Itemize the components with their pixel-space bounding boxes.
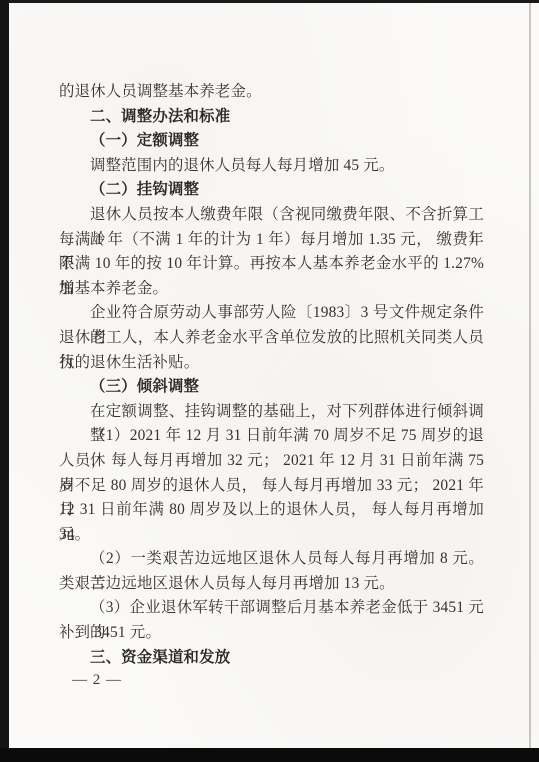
- heading-line: 二、调整办法和标准: [59, 105, 484, 130]
- text-line: 加基本养老金。: [59, 277, 484, 302]
- text-line: 类艰苦边远地区退休人员每人每月再增加 13 元。: [59, 572, 484, 597]
- text-line: 月 31 日前年满 80 周岁及以上的退休人员， 每人每月再增加 34: [59, 498, 484, 523]
- text-line: 行的退休生活补贴。: [59, 351, 484, 376]
- text-line: 不满 10 年的按 10 年计算。再按本人基本养老金水平的 1.27%增: [59, 252, 484, 277]
- text-line: 人员， 每人每月再增加 32 元； 2021 年 12 月 31 日前年满 75…: [59, 449, 484, 474]
- text-line: 退休老工人，本人养老金水平含单位发放的比照机关同类人员执: [59, 326, 484, 351]
- text-line: 的退休人员调整基本养老金。: [59, 80, 484, 105]
- text-line: 岁不足 80 周岁的退休人员， 每人每月再增加 33 元； 2021 年 12: [59, 474, 484, 499]
- heading-line: （二）挂钩调整: [59, 178, 484, 203]
- text-line: 每满 1 年（不满 1 年的计为 1 年）每月增加 1.35 元， 缴费年限: [59, 228, 484, 253]
- heading-line: 三、资金渠道和发放: [59, 646, 484, 671]
- heading-line: （一）定额调整: [59, 129, 484, 154]
- scan-edge-bottom: [0, 748, 539, 762]
- scan-edge-left: [0, 0, 9, 762]
- text-line: 补到 3451 元。: [59, 621, 484, 646]
- scanned-document-page: 的退休人员调整基本养老金。二、调整办法和标准（一）定额调整调整范围内的退休人员每…: [0, 0, 539, 762]
- text-line: 退休人员按本人缴费年限（含视同缴费年限、不含折算工龄）: [59, 203, 484, 228]
- text-line: （2）一类艰苦边远地区退休人员每人每月再增加 8 元。二: [59, 547, 484, 572]
- document-body: 的退休人员调整基本养老金。二、调整办法和标准（一）定额调整调整范围内的退休人员每…: [59, 80, 484, 670]
- scan-edge-right: [529, 3, 531, 748]
- text-line: 企业符合原劳动人事部劳人险〔1983〕3 号文件规定条件的: [59, 301, 484, 326]
- text-line: 在定额调整、挂钩调整的基础上，对下列群体进行倾斜调整：: [59, 400, 484, 425]
- text-line: 调整范围内的退休人员每人每月增加 45 元。: [59, 154, 484, 179]
- heading-line: （三）倾斜调整: [59, 375, 484, 400]
- text-line: （1）2021 年 12 月 31 日前年满 70 周岁不足 75 周岁的退休: [59, 424, 484, 449]
- text-line: 元。: [59, 523, 484, 548]
- page-number: — 2 —: [72, 669, 122, 691]
- scan-edge-top: [0, 0, 539, 3]
- text-line: （3）企业退休军转干部调整后月基本养老金低于 3451 元的: [59, 596, 484, 621]
